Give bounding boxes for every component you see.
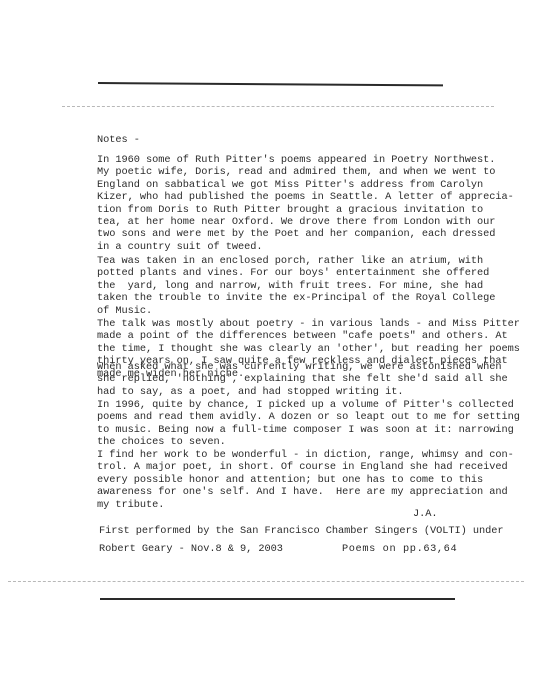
document-page: Notes - In 1960 some of Ruth Pitter's po…	[0, 0, 533, 690]
text-line: trol. A major poet, in short. Of course …	[97, 461, 514, 473]
text-line: The talk was mostly about poetry - in va…	[97, 318, 520, 330]
text-line: Tea was taken in an enclosed porch, rath…	[97, 255, 495, 267]
text-line: the yard, long and narrow, with fruit tr…	[97, 280, 495, 292]
text-line: every possible honor and attention; but …	[97, 474, 514, 486]
paragraph-5: In 1996, quite by chance, I picked up a …	[97, 399, 520, 449]
footer-line-2-right: Poems on pp.63,64	[342, 543, 457, 555]
top-rule	[98, 82, 443, 86]
footer-line-2-left: Robert Geary - Nov.8 & 9, 2003	[99, 543, 283, 555]
text-line: In 1996, quite by chance, I picked up a …	[97, 399, 520, 411]
text-line: in a country suit of tweed.	[97, 241, 514, 253]
text-line: the choices to seven.	[97, 436, 520, 448]
text-line: tea, at her home near Oxford. We drove t…	[97, 216, 514, 228]
paragraph-1: In 1960 some of Ruth Pitter's poems appe…	[97, 154, 514, 253]
text-line: of Music.	[97, 305, 495, 317]
text-line: When asked what she was currently writin…	[97, 361, 508, 373]
bottom-rule	[100, 598, 455, 600]
text-line: I find her work to be wonderful - in dic…	[97, 449, 514, 461]
text-line: taken the trouble to invite the ex-Princ…	[97, 292, 495, 304]
footer-line-1: First performed by the San Francisco Cha…	[99, 525, 504, 537]
paragraph-2: Tea was taken in an enclosed porch, rath…	[97, 255, 495, 317]
text-line: potted plants and vines. For our boys' e…	[97, 267, 495, 279]
text-line: My poetic wife, Doris, read and admired …	[97, 166, 514, 178]
text-line: awareness for one's self. And I have. He…	[97, 486, 514, 498]
text-line: England on sabbatical we got Miss Pitter…	[97, 179, 514, 191]
text-line: two sons and were met by the Poet and he…	[97, 228, 514, 240]
text-line: my tribute.	[97, 499, 514, 511]
text-line: made a point of the differences between …	[97, 330, 520, 342]
paragraph-4: When asked what she was currently writin…	[97, 361, 508, 398]
text-line: In 1960 some of Ruth Pitter's poems appe…	[97, 154, 514, 166]
text-line: tion from Doris to Ruth Pitter brought a…	[97, 204, 514, 216]
paragraph-6: I find her work to be wonderful - in dic…	[97, 449, 514, 511]
notes-heading: Notes -	[97, 134, 140, 146]
text-line: had to say, as a poet, and had stopped w…	[97, 386, 508, 398]
text-line: to music. Being now a full-time composer…	[97, 424, 520, 436]
text-line: she replied, 'nothing', explaining that …	[97, 373, 508, 385]
top-faint-rule	[62, 106, 494, 107]
text-line: Kizer, who had published the poems in Se…	[97, 191, 514, 203]
text-line: the time, I thought she was clearly an '…	[97, 343, 520, 355]
bottom-faint-rule	[8, 581, 524, 582]
text-line: poems and read them avidly. A dozen or s…	[97, 411, 520, 423]
signature: J.A.	[413, 508, 438, 520]
